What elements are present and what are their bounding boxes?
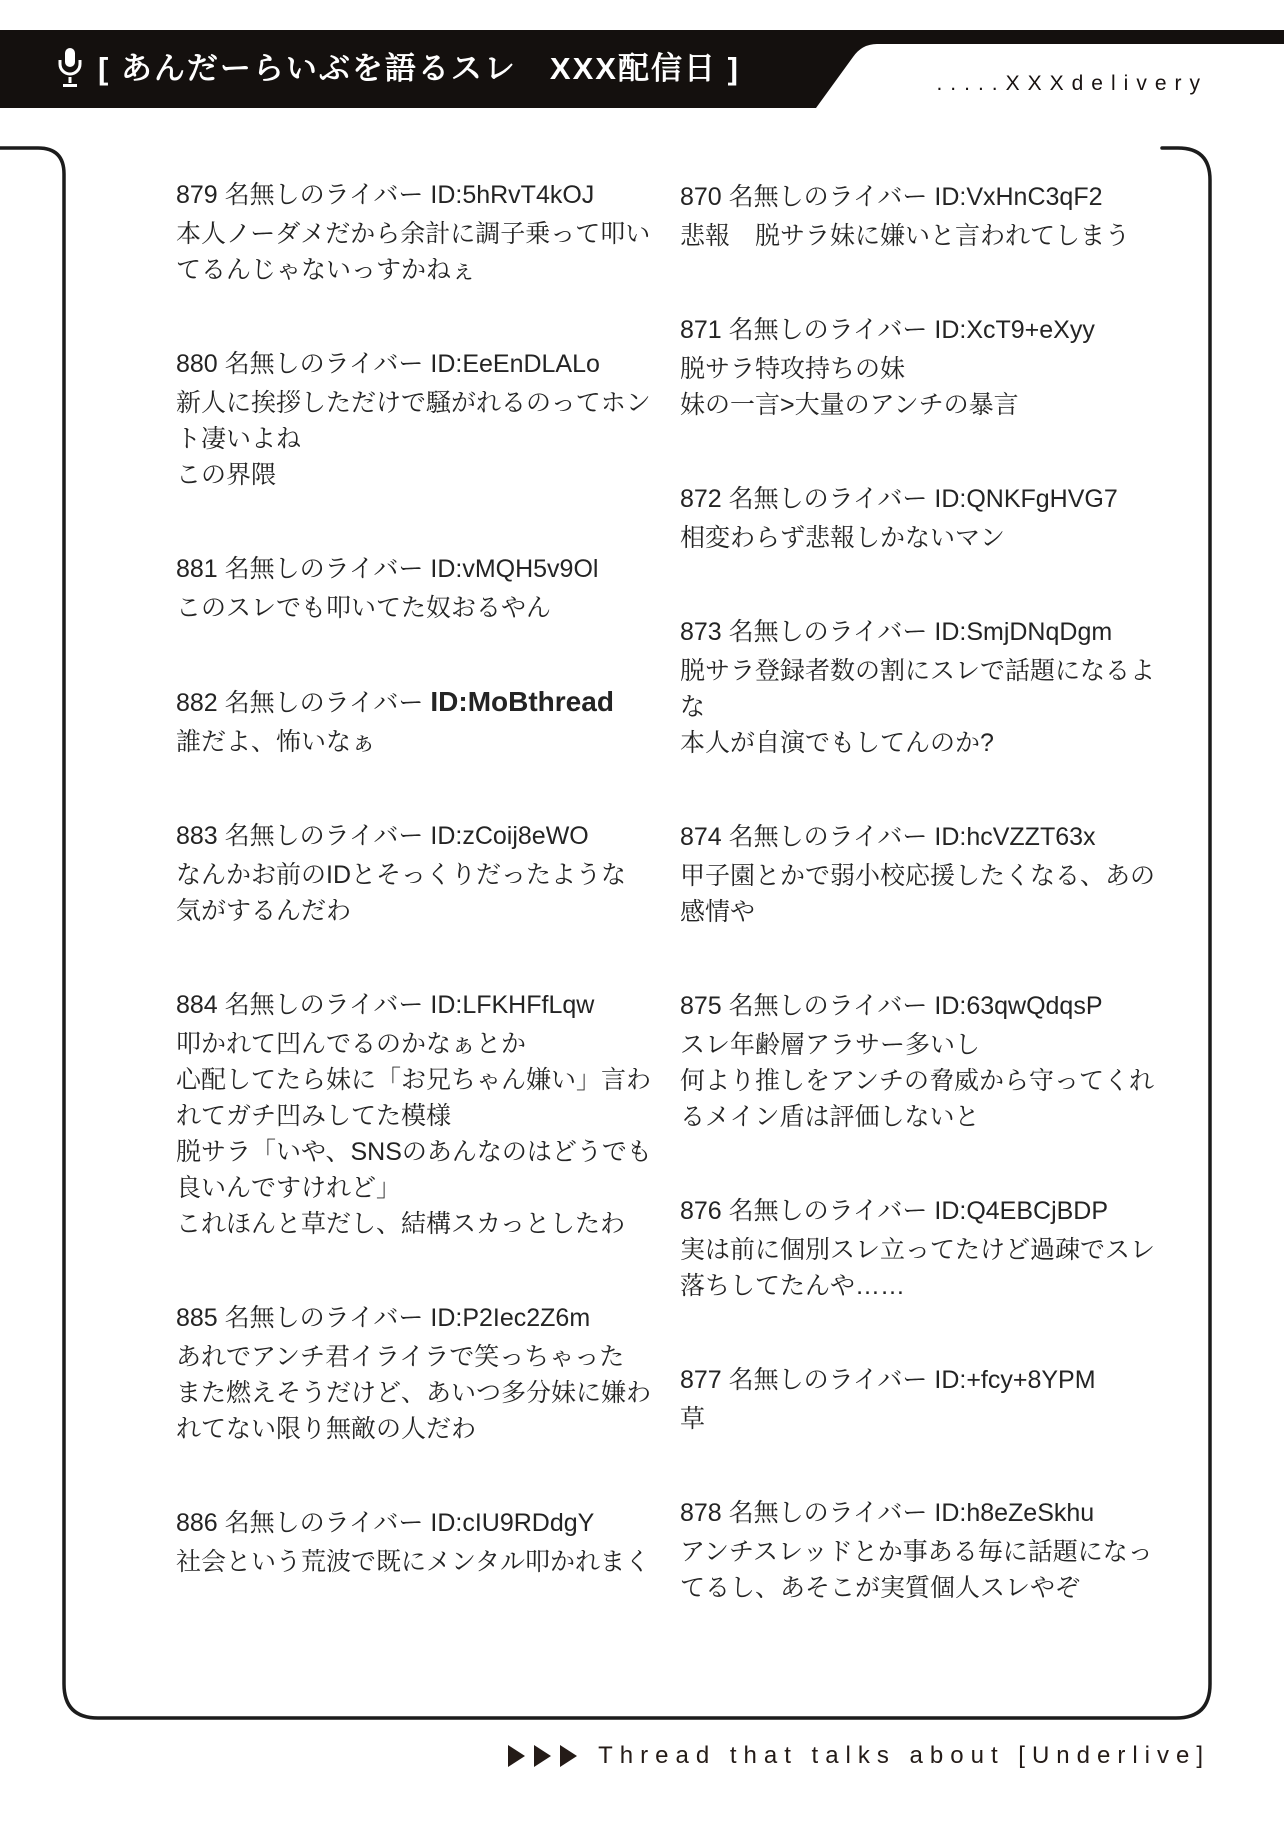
post-number: 884 (176, 991, 218, 1019)
post-number: 886 (176, 1509, 218, 1537)
post-line: なんかお前のIDとそっくりだったような (176, 857, 616, 893)
thread-post: 881 名無しのライバー ID:vMQH5v9Olこのスレでも叩いてた奴おるやん (176, 551, 616, 626)
post-line: アンチスレッドとか事ある毎に話題になっ (680, 1534, 1120, 1570)
post-id: ID:EeEnDLALo (430, 350, 600, 378)
post-line: 落ちしてたんや…… (680, 1268, 1120, 1304)
post-header: 873 名無しのライバー ID:SmjDNqDgm (680, 614, 1120, 650)
poster-name: 名無しのライバー (722, 823, 935, 851)
post-id: ID:5hRvT4kOJ (430, 181, 594, 209)
poster-name: 名無しのライバー (218, 1509, 431, 1537)
post-line: 脱サラ特攻持ちの妹 (680, 351, 1120, 387)
poster-name: 名無しのライバー (722, 618, 935, 646)
post-line: ト凄いよね (176, 421, 616, 457)
post-line: これほんと草だし、結構スカっとしたわ (176, 1206, 616, 1242)
post-number: 870 (680, 183, 722, 211)
post-line: れてガチ凹みしてた模様 (176, 1098, 616, 1134)
post-line: また燃えそうだけど、あいつ多分妹に嫌わ (176, 1375, 616, 1411)
post-number: 880 (176, 350, 218, 378)
post-header: 879 名無しのライバー ID:5hRvT4kOJ (176, 177, 616, 213)
poster-name: 名無しのライバー (218, 689, 431, 717)
poster-name: 名無しのライバー (722, 992, 935, 1020)
post-number: 875 (680, 992, 722, 1020)
post-header: 884 名無しのライバー ID:LFKHFfLqw (176, 987, 616, 1023)
post-id: ID:63qwQdqsP (934, 992, 1102, 1020)
post-header: 883 名無しのライバー ID:zCoij8eWO (176, 818, 616, 854)
post-id: ID:h8eZeSkhu (934, 1499, 1094, 1527)
post-id: ID:LFKHFfLqw (430, 991, 594, 1019)
poster-name: 名無しのライバー (218, 991, 431, 1019)
post-id: ID:SmjDNqDgm (934, 618, 1112, 646)
post-line: 草 (680, 1401, 1120, 1437)
poster-name: 名無しのライバー (218, 350, 431, 378)
post-header: 874 名無しのライバー ID:hcVZZT63x (680, 819, 1120, 855)
post-header: 871 名無しのライバー ID:XcT9+eXyy (680, 312, 1120, 348)
thread-post: 884 名無しのライバー ID:LFKHFfLqw叩かれて凹んでるのかなぁとか心… (176, 987, 616, 1242)
play-arrow-icon (560, 1745, 577, 1767)
post-number: 883 (176, 822, 218, 850)
poster-name: 名無しのライバー (722, 485, 935, 513)
post-id: ID:QNKFgHVG7 (934, 485, 1117, 513)
post-line: 感情や (680, 894, 1120, 930)
post-number: 885 (176, 1304, 218, 1332)
post-line: な (680, 689, 1120, 725)
poster-name: 名無しのライバー (218, 181, 431, 209)
post-line: 実は前に個別スレ立ってたけど過疎でスレ (680, 1232, 1120, 1268)
post-line: 社会という荒波で既にメンタル叩かれまく (176, 1544, 616, 1580)
post-header: 877 名無しのライバー ID:+fcy+8YPM (680, 1362, 1120, 1398)
post-line: 心配してたら妹に「お兄ちゃん嫌い」言わ (176, 1062, 616, 1098)
post-header: 882 名無しのライバー ID:MoBthread (176, 684, 616, 721)
play-arrow-icon (534, 1745, 551, 1767)
post-id: ID:VxHnC3qF2 (934, 183, 1102, 211)
thread-post: 878 名無しのライバー ID:h8eZeSkhuアンチスレッドとか事ある毎に話… (680, 1495, 1120, 1606)
post-number: 872 (680, 485, 722, 513)
post-header: 876 名無しのライバー ID:Q4EBCjBDP (680, 1193, 1120, 1229)
post-id: ID:MoBthread (430, 686, 614, 717)
post-id: ID:cIU9RDdgY (430, 1509, 594, 1537)
post-number: 876 (680, 1197, 722, 1225)
thread-post: 870 名無しのライバー ID:VxHnC3qF2悲報 脱サラ妹に嫌いと言われて… (680, 179, 1120, 254)
post-id: ID:Q4EBCjBDP (934, 1197, 1108, 1225)
post-id: ID:+fcy+8YPM (934, 1366, 1095, 1394)
post-line: るメイン盾は評価しないと (680, 1099, 1120, 1135)
post-number: 877 (680, 1366, 722, 1394)
post-header: 886 名無しのライバー ID:cIU9RDdgY (176, 1505, 616, 1541)
post-number: 879 (176, 181, 218, 209)
post-line: あれでアンチ君イライラで笑っちゃった (176, 1339, 616, 1375)
poster-name: 名無しのライバー (218, 1304, 431, 1332)
poster-name: 名無しのライバー (722, 183, 935, 211)
post-id: ID:XcT9+eXyy (934, 316, 1094, 344)
post-line: このスレでも叩いてた奴おるやん (176, 590, 616, 626)
thread-column-left: 879 名無しのライバー ID:5hRvT4kOJ本人ノーダメだから余計に調子乗… (176, 177, 616, 1638)
post-line: 何より推しをアンチの脅威から守ってくれ (680, 1063, 1120, 1099)
post-number: 874 (680, 823, 722, 851)
post-id: ID:vMQH5v9Ol (430, 555, 598, 583)
post-line: てるし、あそこが実質個人スレやぞ (680, 1570, 1120, 1606)
post-number: 881 (176, 555, 218, 583)
post-header: 878 名無しのライバー ID:h8eZeSkhu (680, 1495, 1120, 1531)
thread-title: [ あんだーらいぶを語るスレ XXX配信日 ] (98, 48, 740, 90)
poster-name: 名無しのライバー (722, 316, 935, 344)
post-line: 脱サラ登録者数の割にスレで話題になるよ (680, 653, 1120, 689)
book-page: [ あんだーらいぶを語るスレ XXX配信日 ] .....XXXdelivery… (0, 0, 1284, 1826)
thread-post: 872 名無しのライバー ID:QNKFgHVG7相変わらず悲報しかないマン (680, 481, 1120, 556)
poster-name: 名無しのライバー (722, 1366, 935, 1394)
thread-post: 874 名無しのライバー ID:hcVZZT63x甲子園とかで弱小校応援したくな… (680, 819, 1120, 930)
poster-name: 名無しのライバー (218, 555, 431, 583)
post-number: 878 (680, 1499, 722, 1527)
footer: Thread that talks about [Underlive] (508, 1742, 1210, 1770)
post-header: 872 名無しのライバー ID:QNKFgHVG7 (680, 481, 1120, 517)
post-number: 873 (680, 618, 722, 646)
thread-post: 876 名無しのライバー ID:Q4EBCjBDP実は前に個別スレ立ってたけど過… (680, 1193, 1120, 1304)
post-number: 871 (680, 316, 722, 344)
poster-name: 名無しのライバー (722, 1197, 935, 1225)
thread-post: 877 名無しのライバー ID:+fcy+8YPM草 (680, 1362, 1120, 1437)
post-line: 気がするんだわ (176, 893, 616, 929)
post-header: 875 名無しのライバー ID:63qwQdqsP (680, 988, 1120, 1024)
thread-post: 882 名無しのライバー ID:MoBthread誰だよ、怖いなぁ (176, 684, 616, 760)
post-id: ID:P2Iec2Z6m (430, 1304, 590, 1332)
post-line: 脱サラ「いや、SNSのあんなのはどうでも (176, 1134, 616, 1170)
thread-post: 880 名無しのライバー ID:EeEnDLALo新人に挨拶しただけで騒がれるの… (176, 346, 616, 493)
post-line: 本人が自演でもしてんのか? (680, 725, 1120, 761)
thread-post: 883 名無しのライバー ID:zCoij8eWOなんかお前のIDとそっくりだっ… (176, 818, 616, 929)
post-number: 882 (176, 689, 218, 717)
post-line: 叩かれて凹んでるのかなぁとか (176, 1026, 616, 1062)
thread-post: 873 名無しのライバー ID:SmjDNqDgm脱サラ登録者数の割にスレで話題… (680, 614, 1120, 761)
post-line: 悲報 脱サラ妹に嫌いと言われてしまう (680, 218, 1120, 254)
delivery-label: .....XXXdelivery (936, 71, 1208, 97)
post-header: 880 名無しのライバー ID:EeEnDLALo (176, 346, 616, 382)
post-line: れてない限り無敵の人だわ (176, 1411, 616, 1447)
post-line: 誰だよ、怖いなぁ (176, 724, 616, 760)
poster-name: 名無しのライバー (722, 1499, 935, 1527)
post-header: 881 名無しのライバー ID:vMQH5v9Ol (176, 551, 616, 587)
post-header: 870 名無しのライバー ID:VxHnC3qF2 (680, 179, 1120, 215)
post-line: この界隈 (176, 457, 616, 493)
post-line: 妹の一言>大量のアンチの暴言 (680, 387, 1120, 423)
post-line: 良いんですけれど」 (176, 1170, 616, 1206)
post-line: てるんじゃないっすかねぇ (176, 252, 616, 288)
thread-column-right: 870 名無しのライバー ID:VxHnC3qF2悲報 脱サラ妹に嫌いと言われて… (680, 179, 1120, 1664)
play-arrow-icon (508, 1745, 525, 1767)
footer-label: Thread that talks about [Underlive] (598, 1742, 1210, 1770)
post-id: ID:hcVZZT63x (934, 823, 1095, 851)
poster-name: 名無しのライバー (218, 822, 431, 850)
thread-post: 871 名無しのライバー ID:XcT9+eXyy脱サラ特攻持ちの妹妹の一言>大… (680, 312, 1120, 423)
post-line: 本人ノーダメだから余計に調子乗って叩い (176, 216, 616, 252)
thread-post: 886 名無しのライバー ID:cIU9RDdgY社会という荒波で既にメンタル叩… (176, 1505, 616, 1580)
post-header: 885 名無しのライバー ID:P2Iec2Z6m (176, 1300, 616, 1336)
post-line: スレ年齢層アラサー多いし (680, 1027, 1120, 1063)
post-line: 甲子園とかで弱小校応援したくなる、あの (680, 858, 1120, 894)
post-id: ID:zCoij8eWO (430, 822, 588, 850)
post-line: 新人に挨拶しただけで騒がれるのってホン (176, 385, 616, 421)
microphone-icon (56, 46, 84, 92)
thread-post: 885 名無しのライバー ID:P2Iec2Z6mあれでアンチ君イライラで笑っち… (176, 1300, 616, 1447)
thread-post: 879 名無しのライバー ID:5hRvT4kOJ本人ノーダメだから余計に調子乗… (176, 177, 616, 288)
thread-post: 875 名無しのライバー ID:63qwQdqsPスレ年齢層アラサー多いし何より… (680, 988, 1120, 1135)
post-line: 相変わらず悲報しかないマン (680, 520, 1120, 556)
